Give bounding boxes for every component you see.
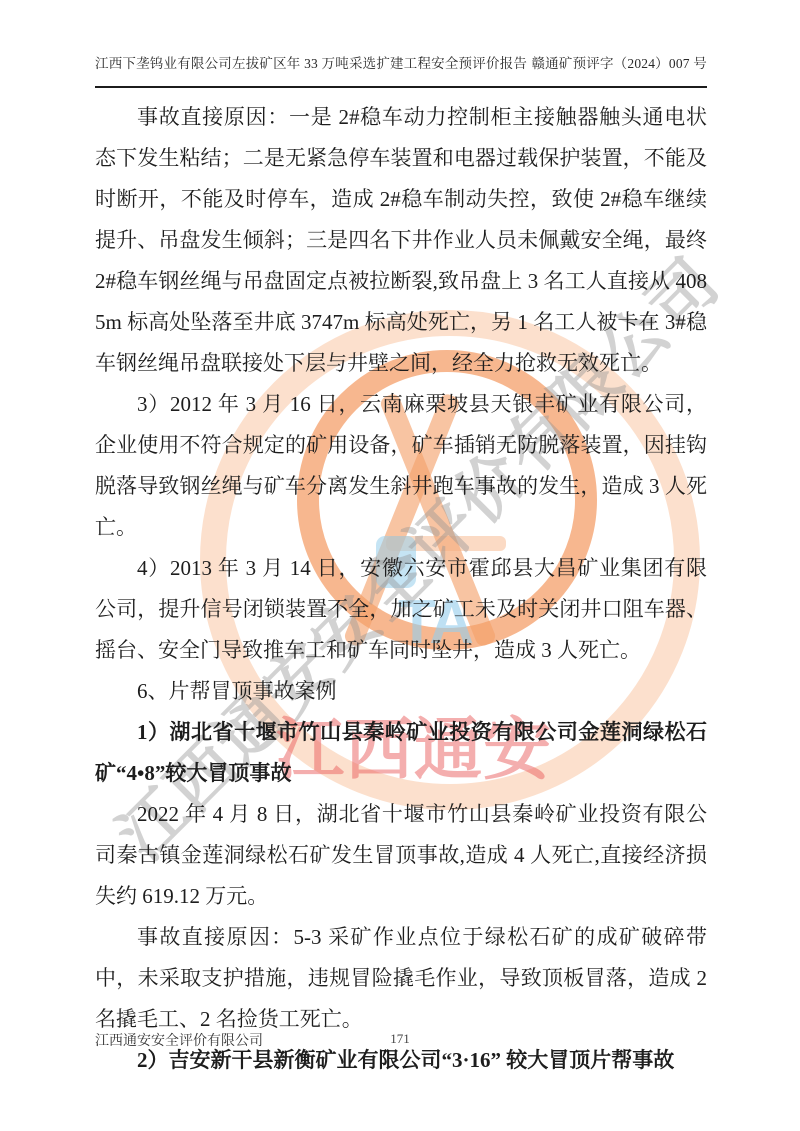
paragraph-case-4: 4）2013 年 3 月 14 日，安徽六安市霍邱县大昌矿业集团有限公司，提升信… [95,548,707,671]
section-heading-6: 6、片帮冒顶事故案例 [95,671,707,712]
page-header: 江西下垄钨业有限公司左拔矿区年 33 万吨采选扩建工程安全预评价报告 赣通矿预评… [95,52,707,72]
paragraph-accident-cause-2: 事故直接原因：5-3 采矿作业点位于绿松石矿的成矿破碎带中，未采取支护措施，违规… [95,917,707,1040]
page-footer: 江西通安安全评价有限公司 171 [0,1030,800,1054]
report-title: 江西下垄钨业有限公司左拔矿区年 33 万吨采选扩建工程安全预评价报告 [95,52,527,72]
page-number: 171 [0,1031,800,1047]
paragraph-case-3: 3）2012 年 3 月 16 日，云南麻栗坡县天银丰矿业有限公司，企业使用不符… [95,384,707,548]
document-number: 赣通矿预评字（2024）007 号 [531,52,707,72]
paragraph-case-1-detail: 2022 年 4 月 8 日，湖北省十堰市竹山县秦岭矿业投资有限公司秦古镇金莲洞… [95,794,707,917]
paragraph-accident-cause-1: 事故直接原因：一是 2#稳车动力控制柜主接触器触头通电状态下发生粘结；二是无紧急… [95,97,707,384]
document-page: TA 江西通安安全评价有限公司 江西通安 江西下垄钨业有限公司左拔矿区年 33 … [0,0,800,1131]
case-heading-1: 1）湖北省十堰市竹山县秦岭矿业投资有限公司金莲洞绿松石矿“4•8”较大冒顶事故 [95,712,707,794]
document-body: 事故直接原因：一是 2#稳车动力控制柜主接触器触头通电状态下发生粘结；二是无紧急… [95,97,707,1081]
header-divider [95,86,707,88]
